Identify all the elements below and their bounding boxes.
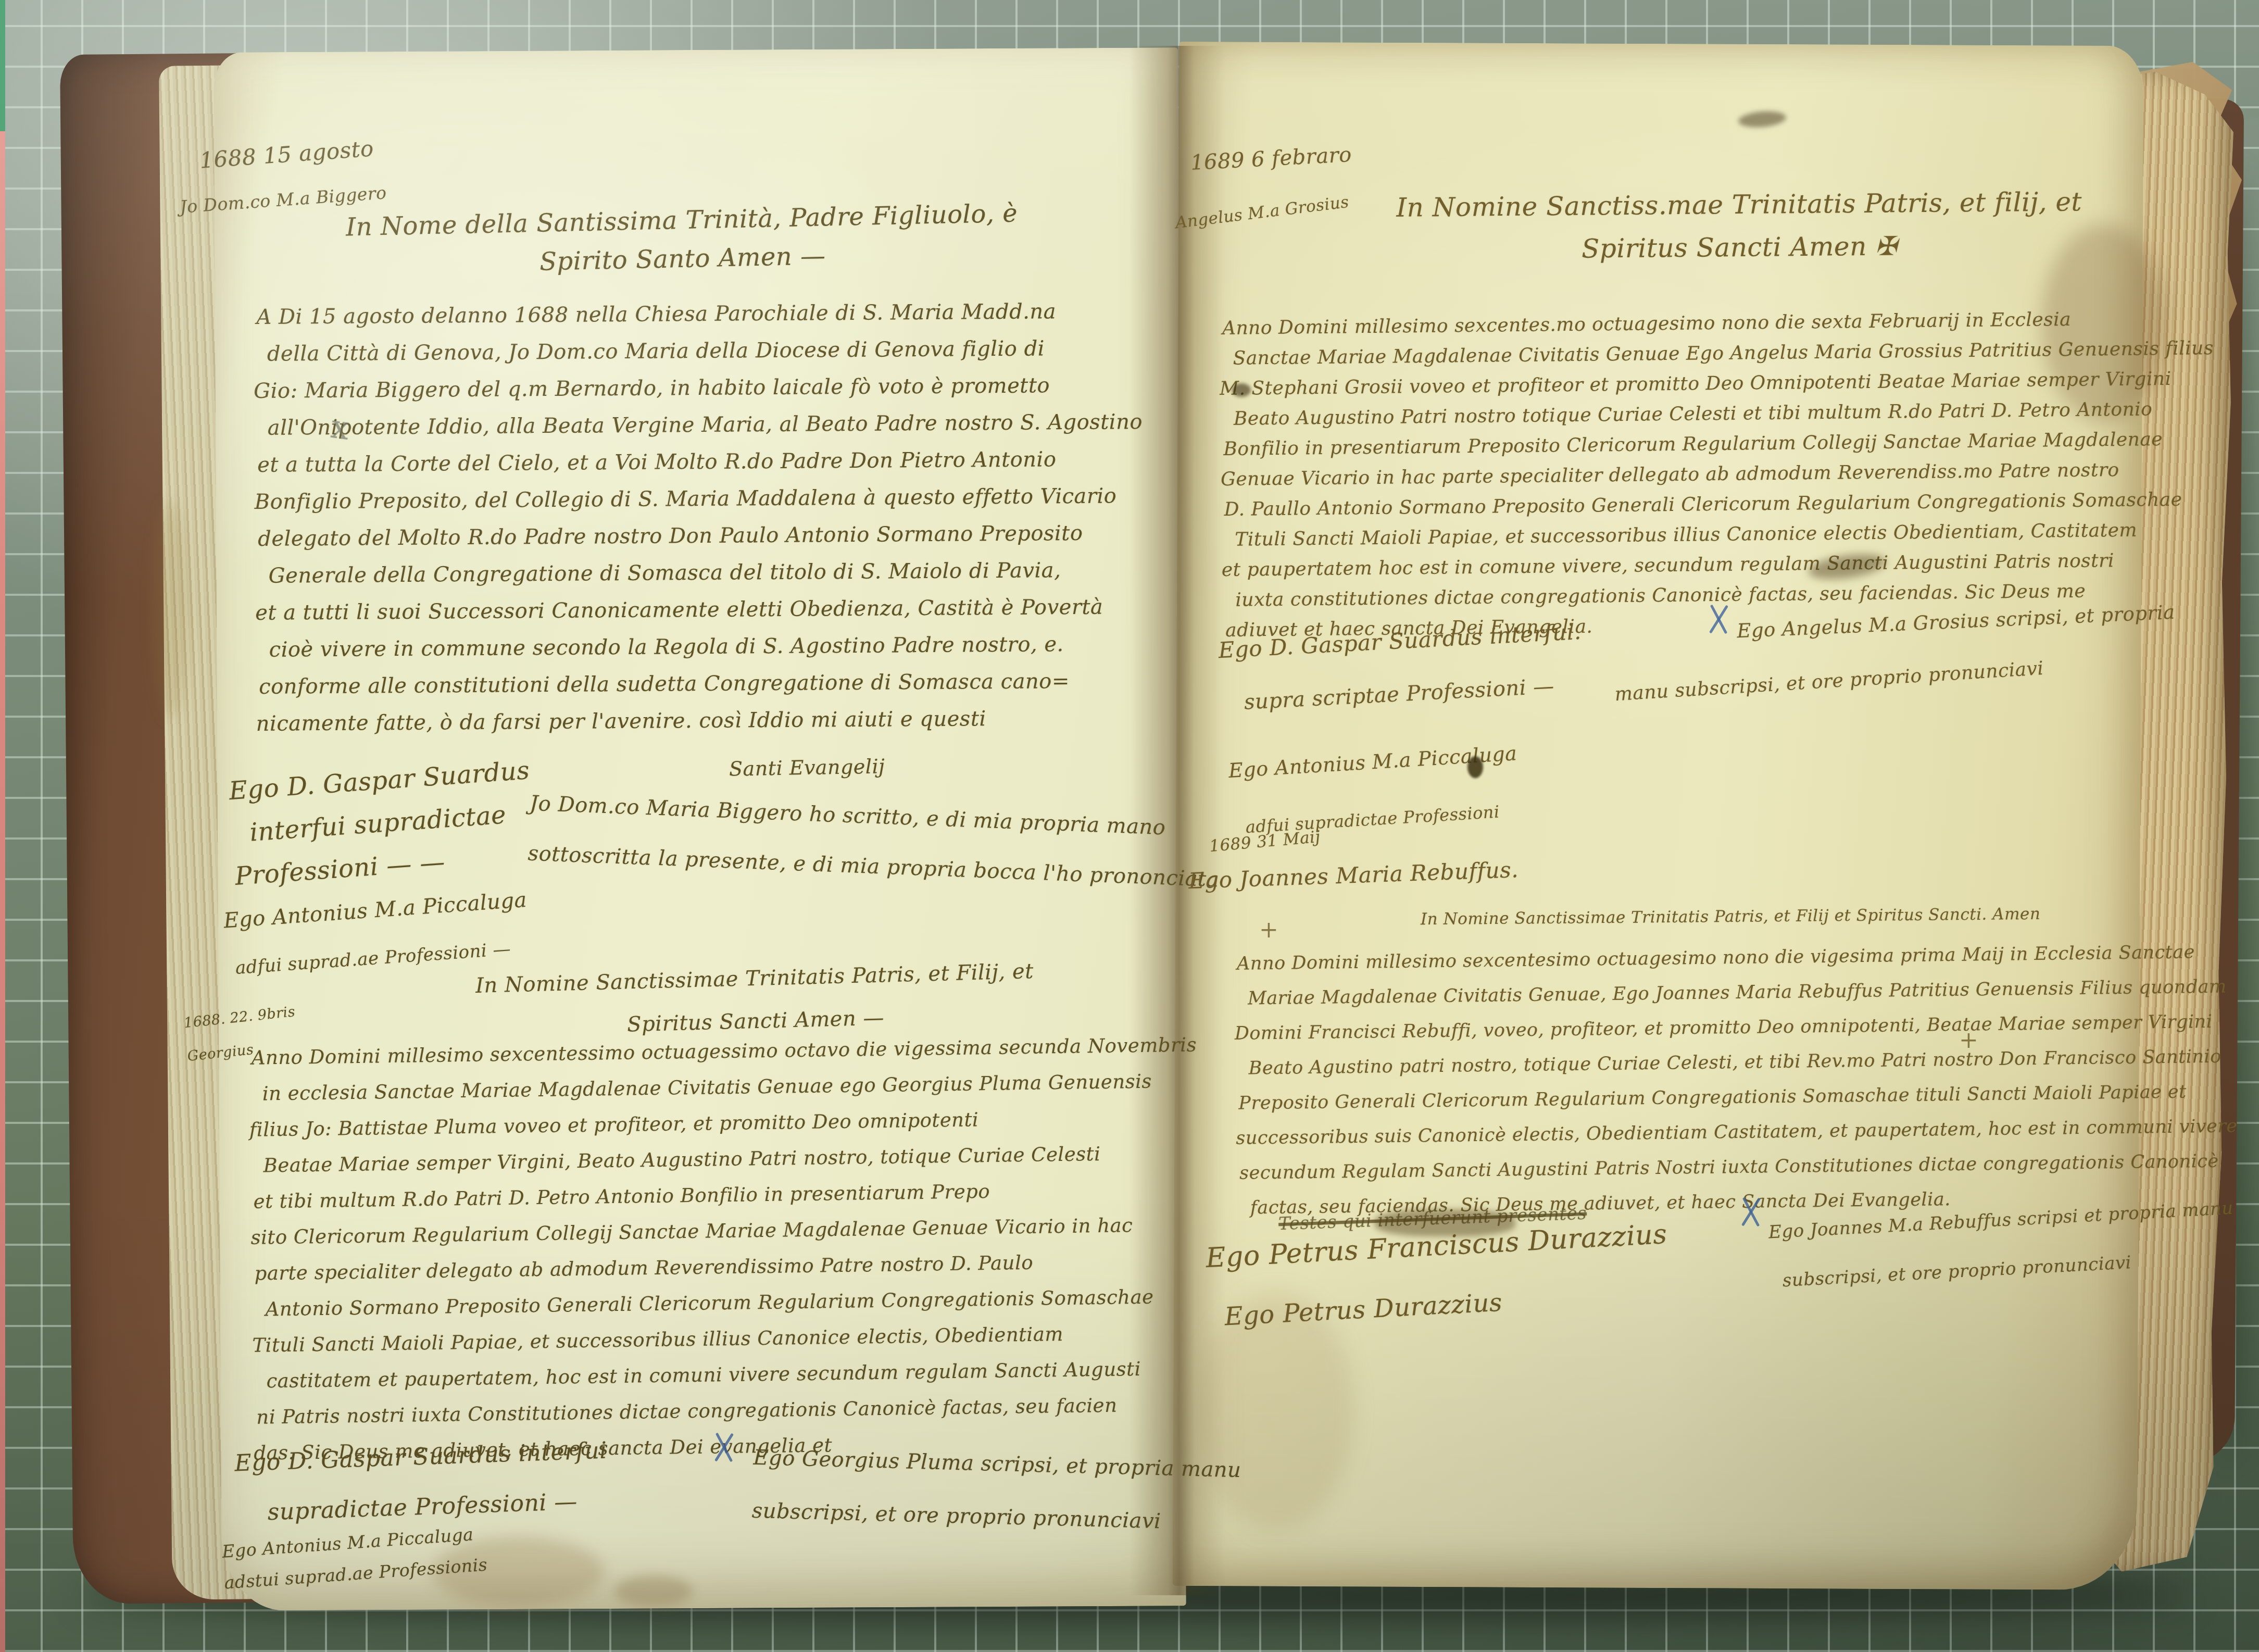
blue-x-mark — [1704, 603, 1731, 635]
manuscript-line: conforme alle constitutioni della sudett… — [259, 662, 1145, 706]
left-profession-entry-1688: A Di 15 agosto delanno 1688 nella Chiesa… — [256, 293, 1145, 743]
manuscript-line: Generale della Congregatione di Somasca … — [269, 552, 1144, 595]
manuscript-line: delegato del Molto R.do Padre nostro Don… — [258, 515, 1144, 558]
manuscript-line: et a tutta la Corte del Cielo, et a Voi … — [257, 441, 1143, 484]
right-profession-entry-rebuffus: Anno Domini millesimo sexcentesimo octua… — [1237, 934, 2239, 1225]
right-witness-signature-durazzius: Ego Petrus Franciscus DurazziusEgo Petru… — [1204, 1205, 1672, 1347]
manuscript-line: della Città di Genova, Jo Dom.co Maria d… — [267, 330, 1143, 373]
manuscript-line: nicamente fatte, ò da farsi per l'avenir… — [256, 699, 1145, 743]
manuscript-line: In Nomine Sanctiss.mae Trinitatis Patris… — [1333, 180, 2145, 230]
small-ink-cross: + — [1259, 917, 1278, 943]
manuscript-line: Gio: Maria Biggero del q.m Bernardo, in … — [254, 367, 1143, 410]
right-invocation-title: In Nomine Sanctiss.mae Trinitatis Patris… — [1333, 180, 2145, 272]
manuscript-line: all'Onipotente Iddio, alla Beata Vergine… — [268, 404, 1143, 447]
left-autograph-pluma: Ego Georgius Pluma scripsi, et propria m… — [751, 1431, 1241, 1550]
mat-edge-green-strip — [0, 0, 5, 131]
manuscript-line: A Di 15 agosto delanno 1688 nella Chiesa… — [256, 293, 1142, 336]
manuscript-line: cioè vivere in commune secondo la Regola… — [269, 625, 1145, 669]
left-profession-entry-pluma: Anno Domini millesimo sexcentessimo octu… — [251, 1027, 1202, 1471]
left-invocation-title: In Nome della Santissima Trinità, Padre … — [291, 193, 1074, 286]
right-witness-signature-suardus: Ego D. Gaspar Suardus interfui.supra scr… — [1217, 605, 1585, 730]
right-profession-entry-grosius: Anno Domini millesimo sexcentes.mo octua… — [1222, 303, 2217, 646]
manuscript-line: Bonfiglio Preposito, del Collegio di S. … — [255, 478, 1144, 521]
left-witness-signature-suardus: Ego D. Gaspar Suardusinterfui supradicta… — [228, 749, 537, 898]
blue-x-mark — [709, 1431, 736, 1463]
left-entry-closing: Santi Evangelij — [729, 755, 885, 780]
blue-x-mark — [1736, 1196, 1763, 1228]
manuscript-line: et a tutti li suoi Successori Canonicame… — [255, 589, 1144, 632]
manuscript-line: Spiritus Sancti Amen ✠ — [1333, 222, 2146, 272]
small-ink-cross: + — [1959, 1027, 1978, 1054]
mat-edge-pink-strip — [0, 131, 5, 1652]
